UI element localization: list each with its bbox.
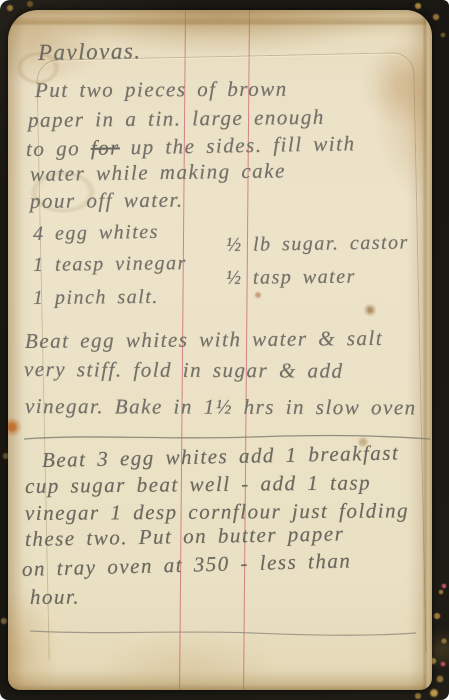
- ingredient-item: ½ tasp water: [226, 266, 356, 290]
- recipe-title: Pavlovas.: [38, 38, 142, 66]
- ingredient-item: 1 teasp vinegar: [33, 252, 187, 277]
- notebook-photo: Pavlovas. Put two pieces of brown paper …: [0, 0, 449, 700]
- handwritten-line: Beat egg whites with water & salt: [25, 326, 383, 354]
- notebook-page: Pavlovas. Put two pieces of brown paper …: [8, 10, 432, 690]
- handwritten-line: water while making cake: [30, 158, 286, 187]
- handwritten-line: vinegar 1 desp cornflour just folding: [25, 498, 409, 526]
- ingredient-item: 4 egg whites: [33, 221, 159, 246]
- crossed-out-word: for: [91, 135, 120, 160]
- handwritten-line: vinegar. Bake in 1½ hrs in slow oven: [25, 394, 417, 420]
- handwritten-line: very stiff. fold in sugar & add: [24, 357, 344, 384]
- handwritten-line: cup sugar beat well - add 1 tasp: [25, 470, 371, 499]
- handwritten-segment: up the sides. fill with: [130, 131, 355, 159]
- ingredient-item: 1 pinch salt.: [33, 286, 159, 310]
- handwritten-segment: to go: [26, 136, 81, 161]
- handwritten-line: pour off water.: [30, 188, 184, 214]
- handwritten-line: hour.: [30, 585, 80, 610]
- ingredient-item: ½ lb sugar. castor: [226, 231, 409, 257]
- handwritten-line: paper in a tin. large enough: [28, 105, 325, 133]
- handwritten-line: Put two pieces of brown: [35, 77, 288, 103]
